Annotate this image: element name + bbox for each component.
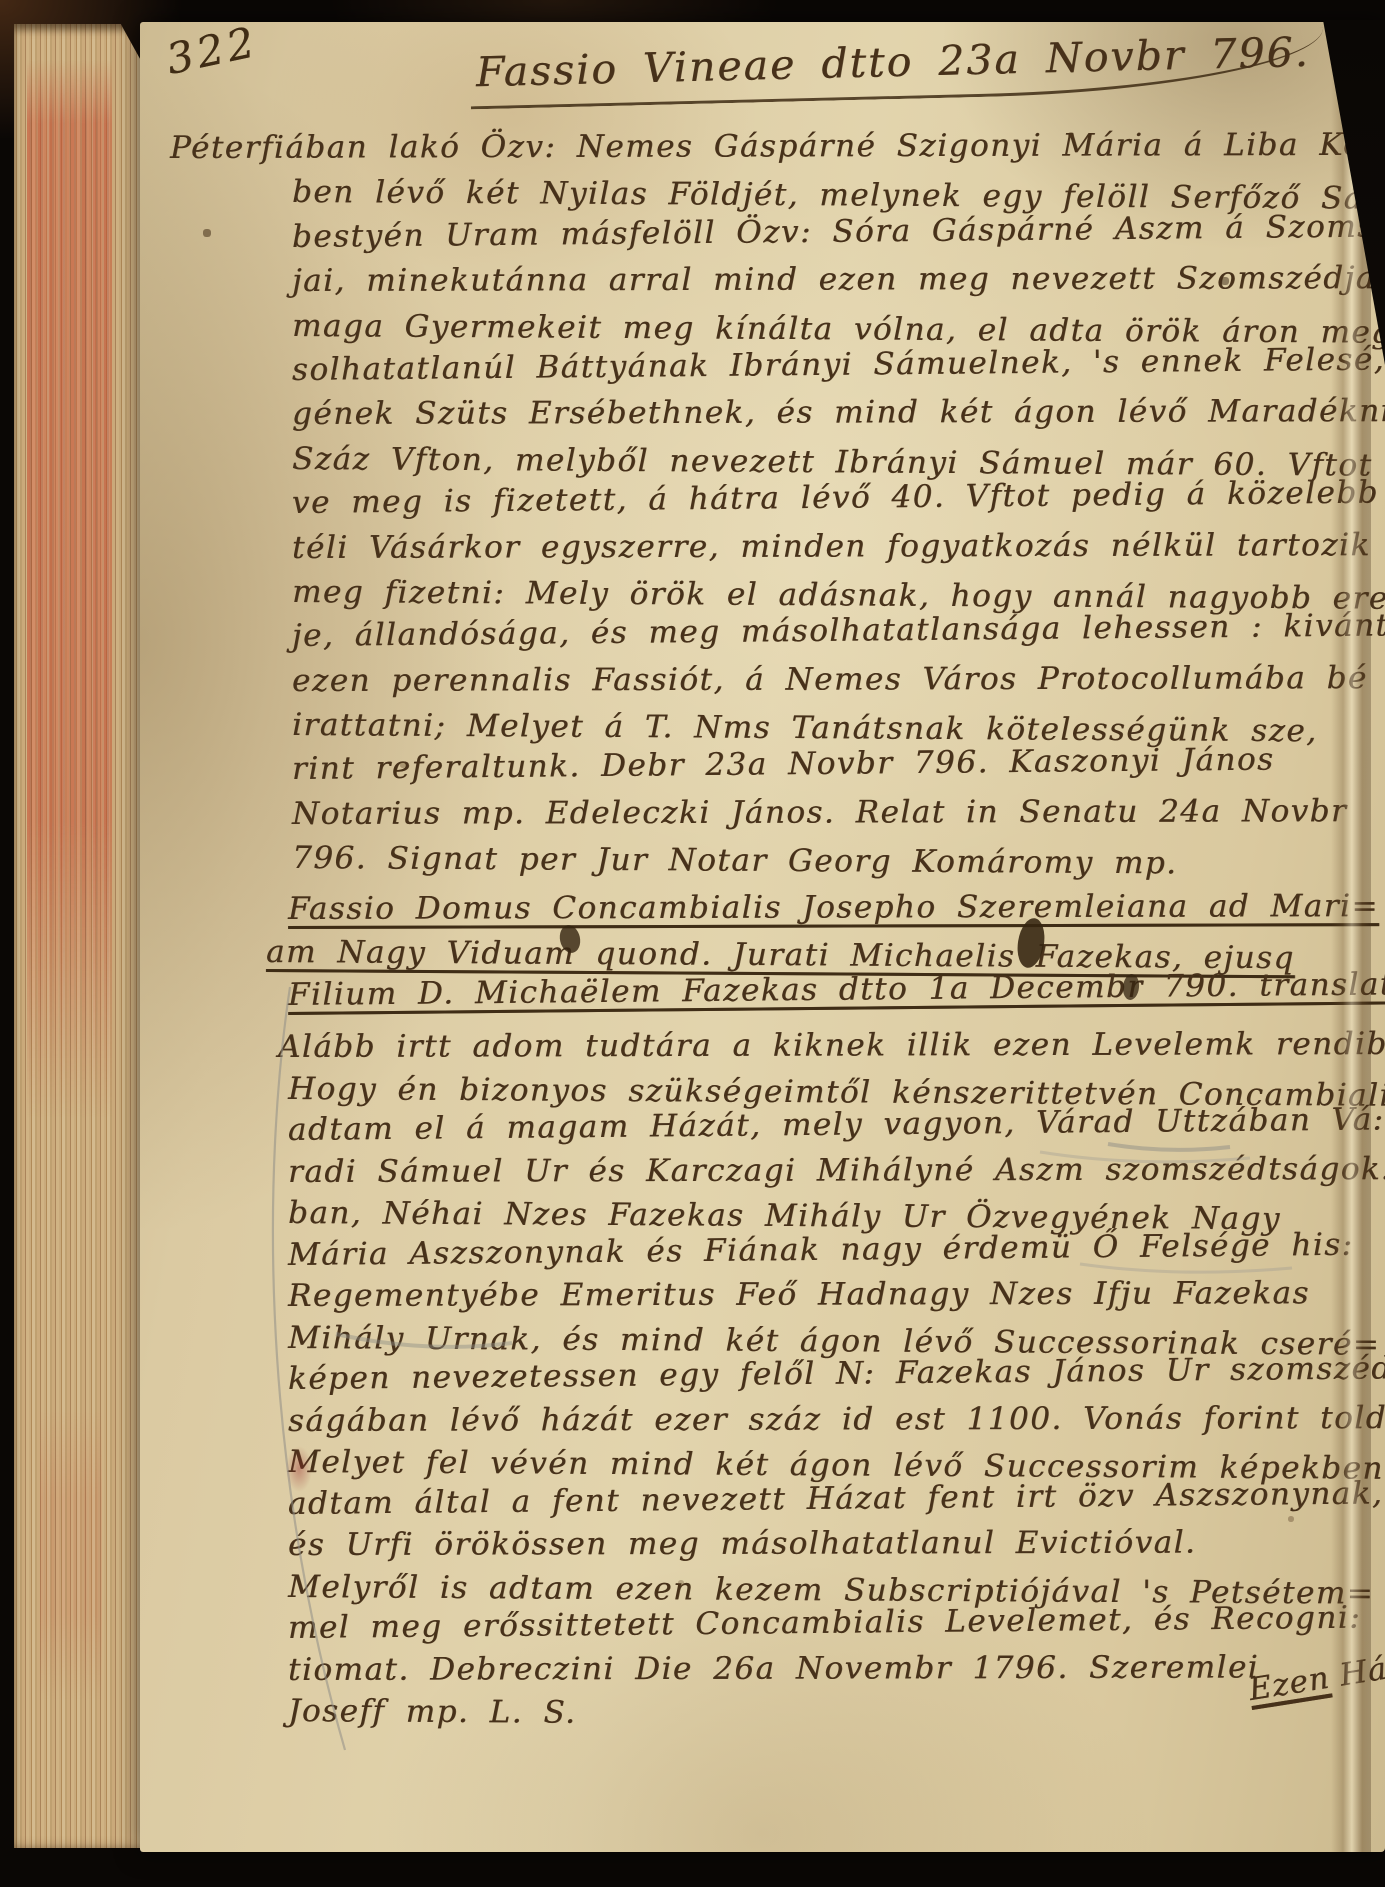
entry2-heading: Fassio Domus Concambialis Josepho Szerem… — [170, 888, 1385, 1017]
manuscript-line: és Urfi örökössen meg másolhatatlanul Ev… — [288, 1522, 1385, 1567]
manuscript-line: téli Vásárkor egyszerre, minden fogyatko… — [292, 522, 1385, 570]
manuscript-line: tiomat. Debreczini Die 26a Novembr 1796.… — [288, 1646, 1385, 1691]
manuscript-line: Alább irtt adom tudtára a kiknek illik e… — [278, 1024, 1385, 1069]
red-sprinkled-edge-lower — [40, 1410, 103, 1702]
manuscript-line: jai, minekutánna arral mind ezen meg nev… — [292, 256, 1385, 304]
entry1-heading-wrap: Fassio Vineae dtto 23a Novbr 796. — [469, 28, 1324, 110]
manuscript-line: ezen perennalis Fassiót, á Nemes Város P… — [292, 655, 1385, 703]
manuscript-line: radi Sámuel Ur és Karczagi Mihályné Aszm… — [288, 1148, 1385, 1193]
entry1-heading: Fassio Vineae dtto 23a Novbr 796. — [469, 28, 1324, 110]
manuscript-line: Péterfiában lakó Özv: Nemes Gáspárné Szi… — [170, 122, 1385, 170]
manuscript-line: Regementyébe Emeritus Feő Hadnagy Nzes I… — [288, 1273, 1385, 1318]
manuscript-line: gének Szüts Ersébethnek, és mind két ágo… — [292, 389, 1385, 437]
entry2-heading-line: Fassio Domus Concambialis Josepho Szerem… — [288, 885, 1385, 931]
manuscript-scan: 322 Fassio Vineae dtto 23a Novbr 796. Pé… — [0, 0, 1385, 1887]
red-ink-smudge — [286, 1446, 312, 1492]
manuscript-page: 322 Fassio Vineae dtto 23a Novbr 796. Pé… — [140, 22, 1385, 1852]
entry1-body: Péterfiában lakó Özv: Nemes Gáspárné Szi… — [170, 126, 1385, 881]
manuscript-line: 796. Signat per Jur Notar Georg Komáromy… — [292, 836, 1385, 888]
manuscript-line: Joseff mp. L. S. — [288, 1691, 1385, 1740]
manuscript-line: ságában lévő házát ezer száz id est 1100… — [288, 1397, 1385, 1442]
red-sprinkled-edge — [27, 60, 112, 1118]
paper-specks — [140, 22, 142, 24]
entry2-body: Alább irtt adom tudtára a kiknek illik e… — [170, 1027, 1385, 1733]
manuscript-line: Notarius mp. Edeleczki János. Relat in S… — [292, 789, 1385, 837]
page-right-crease — [1331, 22, 1371, 1852]
page-number: 322 — [162, 22, 262, 84]
